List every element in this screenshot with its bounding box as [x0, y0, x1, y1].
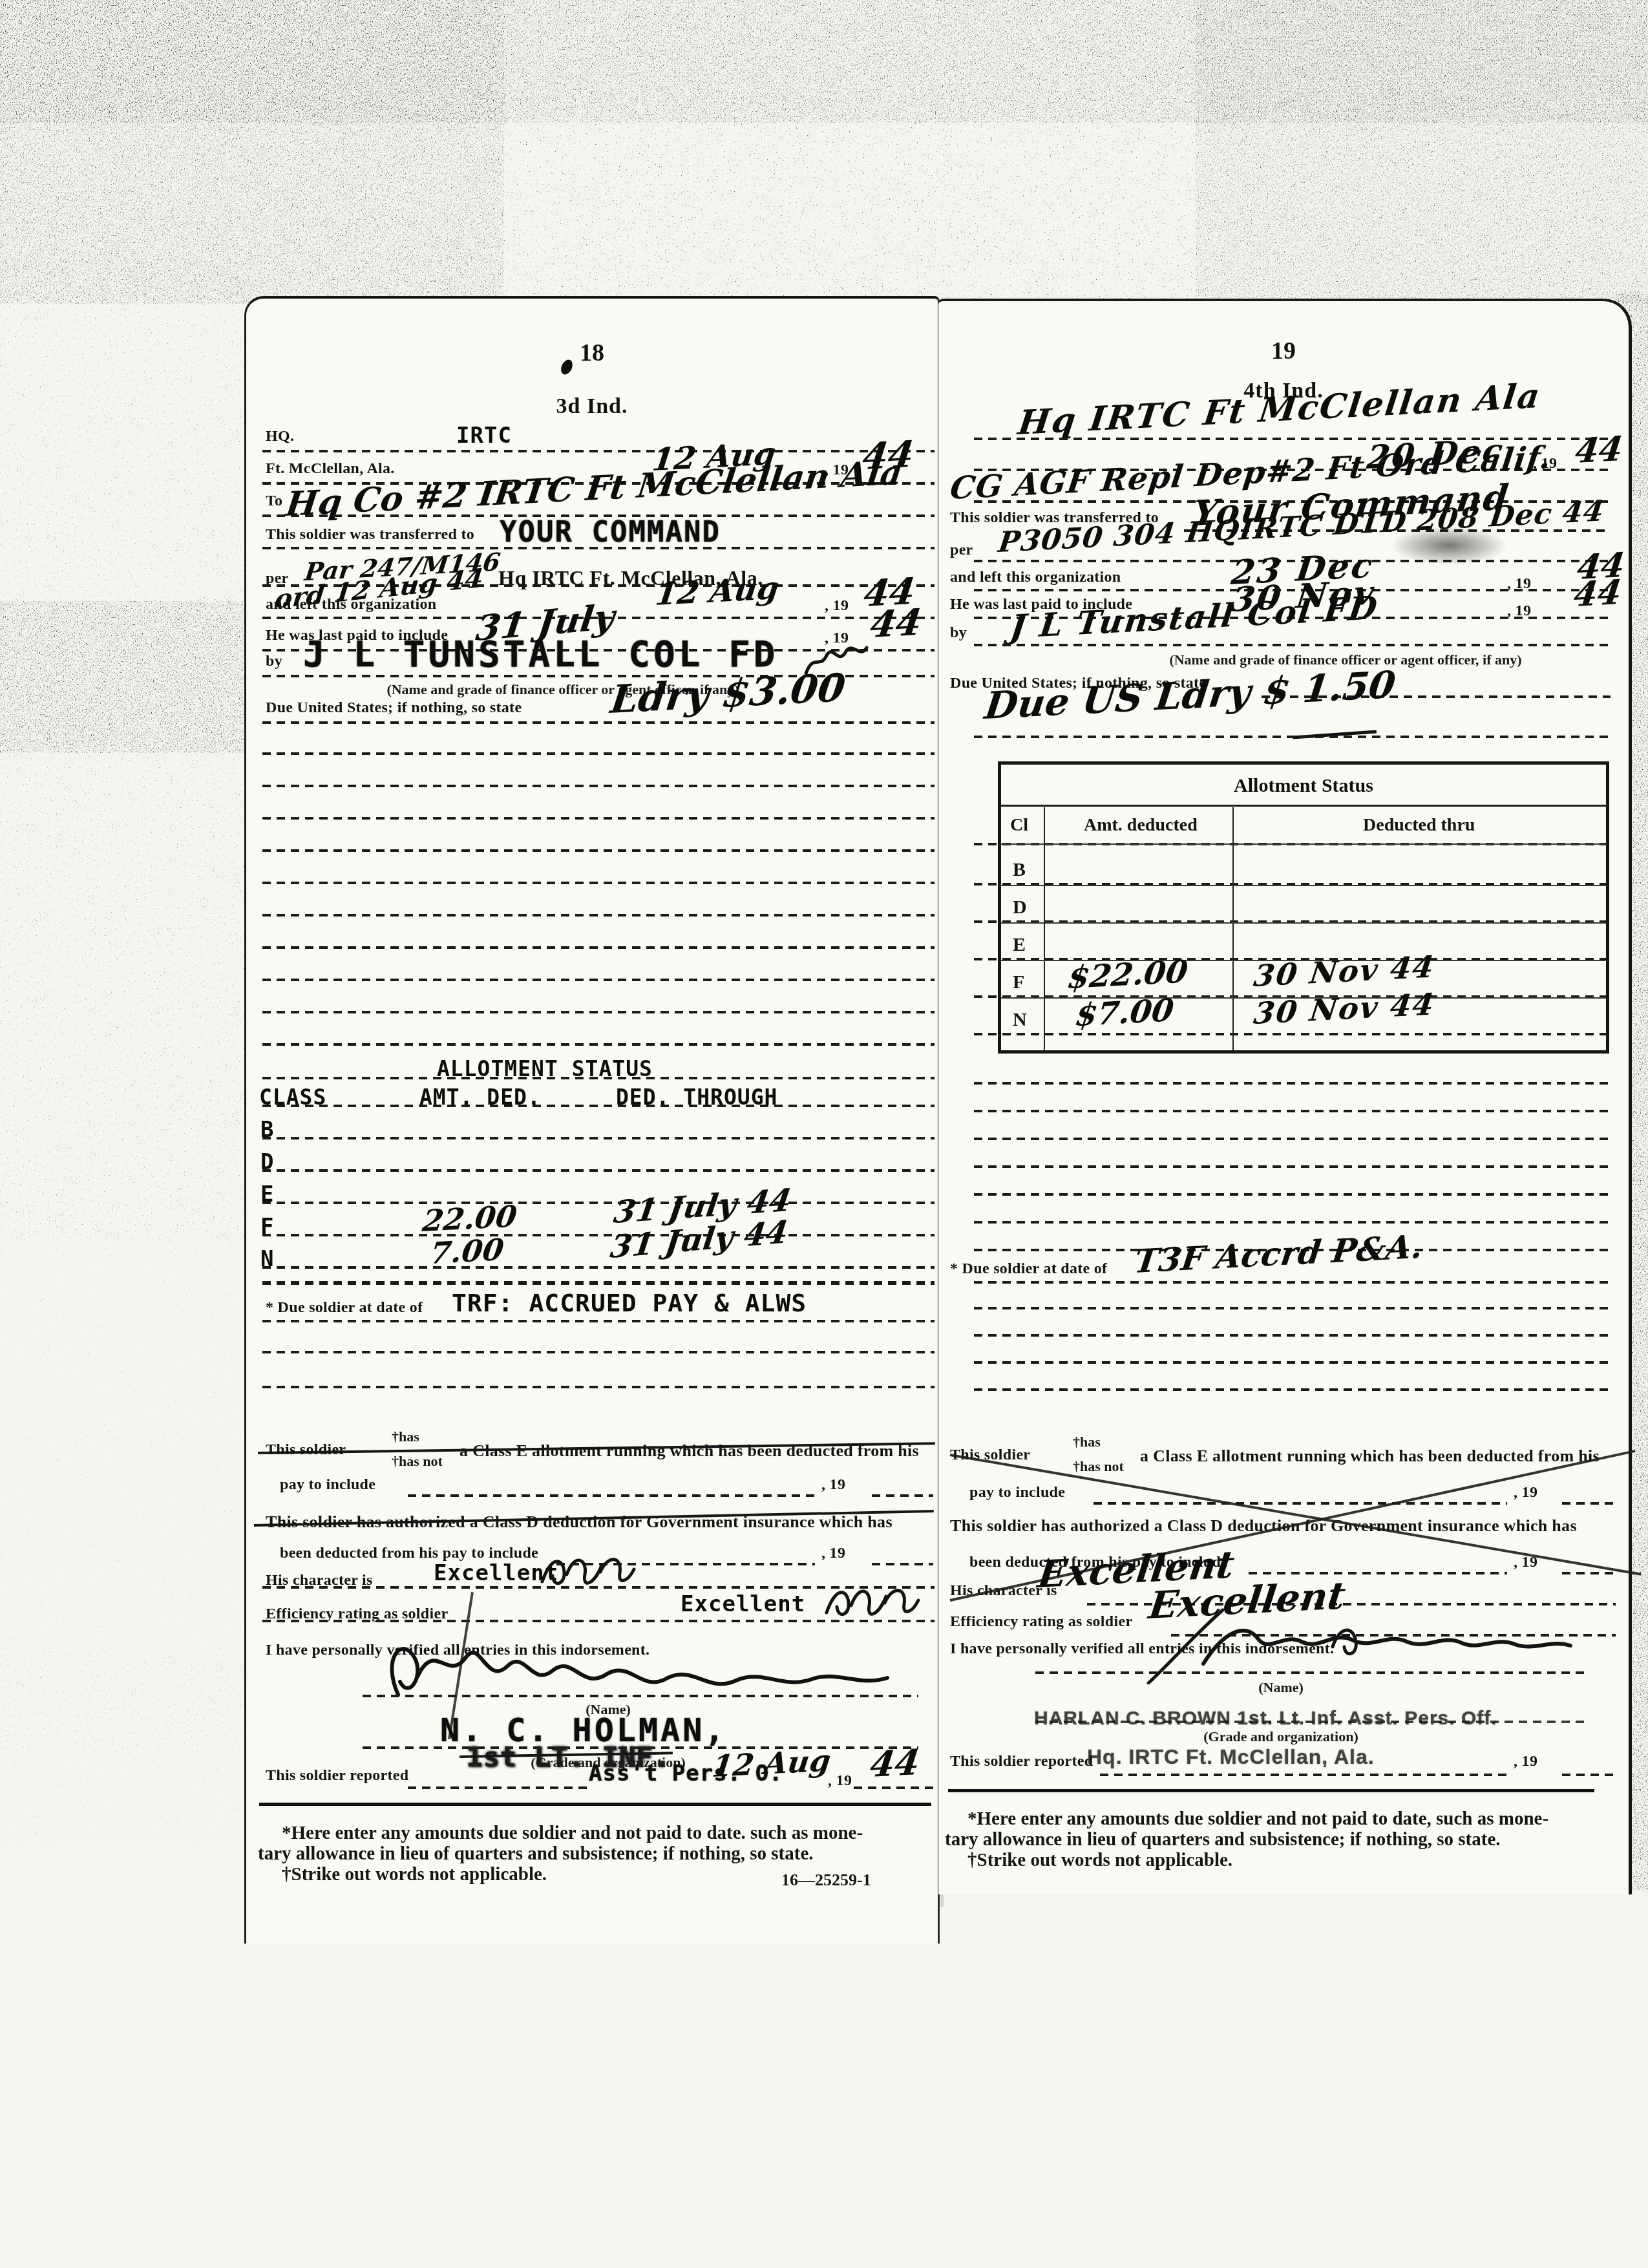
has-option: †has [1073, 1434, 1101, 1450]
allotment-box-title: Allotment Status [1001, 775, 1606, 797]
blank-line [262, 914, 935, 917]
dashed-line [262, 1234, 935, 1236]
blank-line [262, 1351, 935, 1353]
form-number: 16—25259-1 [781, 1871, 871, 1890]
transferred-label: This soldier was transferred to [266, 526, 474, 544]
table-line [1001, 885, 1606, 886]
table-divider [1044, 807, 1045, 1050]
dashed-line [872, 1494, 933, 1497]
table-divider [1232, 807, 1234, 1050]
col-amt: Amt. deducted [1084, 815, 1198, 836]
due-soldier-handwritten: T3F Accrd P&A. [1132, 1227, 1425, 1280]
officer-stamp: HARLAN C. BROWN 1st. Lt. Inf. Asst. Pers… [1034, 1708, 1497, 1730]
col-thru: Deducted thru [1363, 815, 1475, 836]
hq-label: HQ. [266, 428, 294, 445]
page-number-right: 19 [938, 337, 1629, 365]
blank-line [974, 1082, 1611, 1085]
hq-value-typed: IRTC [456, 423, 512, 449]
class-e-text-2: a Class E allotment running which has be… [1140, 1447, 1600, 1466]
separator-rule [259, 1803, 931, 1806]
dashed-line [262, 1169, 935, 1172]
left-org-label: and left this organization [266, 596, 436, 613]
blank-line [262, 1386, 935, 1388]
due-us-label: Due United States; if nothing, so state [266, 699, 522, 717]
due-soldier-stamp: TRF: ACCRUED PAY & ALWS [452, 1289, 807, 1317]
table-line [1001, 843, 1606, 845]
dashed-line [974, 438, 1611, 440]
has-not-option: †has not [392, 1453, 443, 1470]
blank-line [974, 1334, 1611, 1337]
dashed-line [262, 721, 935, 724]
last-paid-year-handwritten: 44 [1572, 573, 1623, 615]
reported-handwritten: 12 Aug [710, 1743, 832, 1784]
row-class-letter: B [1013, 859, 1026, 881]
allotment-status-table: Allotment Status Cl Amt. deducted Deduct… [998, 761, 1609, 1054]
blank-line [974, 1138, 1611, 1140]
footnote-1: *Here enter any amounts due soldier and … [967, 1808, 1548, 1830]
footnote-2: tary allowance in lieu of quarters and s… [945, 1829, 1501, 1850]
has-option: †has [392, 1428, 419, 1445]
blank-line [974, 1110, 1611, 1112]
dashed-line [262, 1266, 935, 1269]
due-us-handwritten: Due US Ldry $ 1.50 [982, 662, 1398, 728]
last-paid-year-handwritten: 44 [868, 601, 924, 646]
by-label: by [950, 624, 967, 642]
footnote-3: †Strike out words not applicable. [967, 1850, 1232, 1871]
page-number-left: 18 [246, 339, 938, 367]
due-soldier-label: * Due soldier at date of [950, 1260, 1107, 1278]
row-amount-handwritten: $7.00 [1073, 992, 1176, 1033]
blank-line [262, 785, 935, 787]
pay-to-include-label: pay to include [280, 1476, 375, 1494]
reported-label: This soldier reported [266, 1767, 408, 1785]
blank-line [262, 849, 935, 852]
blank-line [262, 979, 935, 981]
row-thru-handwritten: 30 Nov 44 [1252, 987, 1437, 1031]
has-not-option: †has not [1073, 1458, 1124, 1475]
dashed-line [1249, 1572, 1507, 1574]
finance-officer-stamp: J L TUNSTALL COL FD [303, 633, 779, 675]
blank-line [974, 1388, 1611, 1391]
name-caption: (Name) [1035, 1679, 1527, 1696]
table-line [1001, 805, 1606, 807]
row-class-letter: N [1013, 1009, 1027, 1031]
your-command-stamp: YOUR COMMAND [500, 516, 721, 549]
page-19: 19 4th Ind. Hq IRTC Ft McClellan Ala 20 … [938, 299, 1632, 1894]
year-prefix: , 19 [828, 1772, 852, 1790]
dashed-line [262, 1620, 935, 1622]
efficiency-value-typed: Excellent [681, 1591, 805, 1617]
row-amount-handwritten: $22.00 [1066, 953, 1190, 996]
year-prefix: , 19 [1514, 1484, 1537, 1501]
col-class: Cl [1010, 815, 1028, 836]
dashed-line [262, 1137, 935, 1139]
been-deducted-label: been deducted from his pay to include [280, 1545, 538, 1562]
signature-line [363, 1695, 918, 1697]
blank-line [974, 1307, 1611, 1309]
page-18: 18 3d Ind. HQ. IRTC Ft. McClellan, Ala. … [244, 296, 940, 1944]
reported-year-handwritten: 44 [868, 1741, 922, 1785]
endorsement-title-left: 3d Ind. [246, 394, 938, 419]
pen-scribble [536, 1546, 639, 1596]
scanned-pay-record-document: 18 3d Ind. HQ. IRTC Ft. McClellan, Ala. … [0, 0, 1648, 2268]
pay-to-include-label: pay to include [969, 1484, 1065, 1501]
footnote-3: †Strike out words not applicable. [282, 1864, 547, 1885]
dashed-line [854, 1786, 933, 1789]
dashed-line [408, 1494, 815, 1497]
signature-brown [1126, 1587, 1617, 1684]
row-class-letter: D [1013, 896, 1027, 918]
ink-smudge [1391, 526, 1507, 565]
dashed-line [262, 1320, 935, 1322]
year-prefix: , 19 [821, 1476, 845, 1494]
blank-line [974, 1165, 1611, 1168]
row-amount-handwritten: 7.00 [428, 1232, 506, 1271]
year-prefix: , 19 [825, 597, 849, 615]
dashed-line [1562, 1502, 1616, 1505]
row-class-letter: F [1013, 971, 1024, 993]
dashed-line [974, 736, 1611, 738]
dashed-line [974, 644, 1611, 646]
dashed-line [1562, 1572, 1616, 1574]
by-label: by [266, 653, 282, 670]
dashed-line [1562, 1774, 1616, 1776]
row-thru-handwritten: 30 Nov 44 [1252, 949, 1437, 993]
dashed-line [974, 1281, 1611, 1284]
per-label: per [950, 542, 973, 559]
blank-line [262, 1011, 935, 1013]
to-label: To [266, 493, 282, 510]
grade-caption: (Grade and organization) [1035, 1728, 1527, 1745]
year-prefix: , 19 [821, 1545, 845, 1562]
table-line [1001, 922, 1606, 924]
reported-label: This soldier reported [950, 1753, 1093, 1770]
blank-line [974, 1193, 1611, 1196]
dashed-line [1100, 1774, 1507, 1776]
dashed-line [408, 1786, 589, 1789]
efficiency-label: Efficiency rating as soldier [950, 1613, 1132, 1631]
dashed-line [1035, 1721, 1585, 1723]
blank-line [974, 1361, 1611, 1364]
footnote-1: *Here enter any amounts due soldier and … [282, 1823, 863, 1844]
blank-line [262, 817, 935, 820]
signature-line [1035, 1671, 1585, 1674]
left-org-label: and left this organization [950, 569, 1121, 586]
dashed-line [262, 1105, 935, 1107]
separator-rule [948, 1789, 1594, 1792]
row-class-letter: E [1013, 934, 1026, 956]
dashed-line [262, 1077, 935, 1079]
unit-stamp: Hq. IRTC Ft. McClellan, Ala. [1087, 1745, 1375, 1769]
dashed-line [1093, 1502, 1507, 1505]
blank-line [262, 1043, 935, 1046]
blank-line [262, 882, 935, 884]
dashed-line [262, 450, 935, 452]
blank-line [974, 1221, 1611, 1224]
dashed-line [262, 1281, 935, 1285]
due-soldier-label: * Due soldier at date of [266, 1299, 423, 1317]
blank-line [262, 752, 935, 755]
year-prefix: , 19 [1514, 1753, 1537, 1770]
station-label: Ft. McClellan, Ala. [266, 460, 395, 478]
footnote-2: tary allowance in lieu of quarters and s… [258, 1843, 814, 1865]
dashed-line [262, 1202, 935, 1204]
dashed-line [872, 1563, 933, 1565]
dashed-line [262, 547, 935, 549]
blank-line [262, 946, 935, 949]
left-org-handwritten: 12 Aug [653, 570, 781, 613]
date-year-handwritten: 44 [1573, 429, 1625, 471]
